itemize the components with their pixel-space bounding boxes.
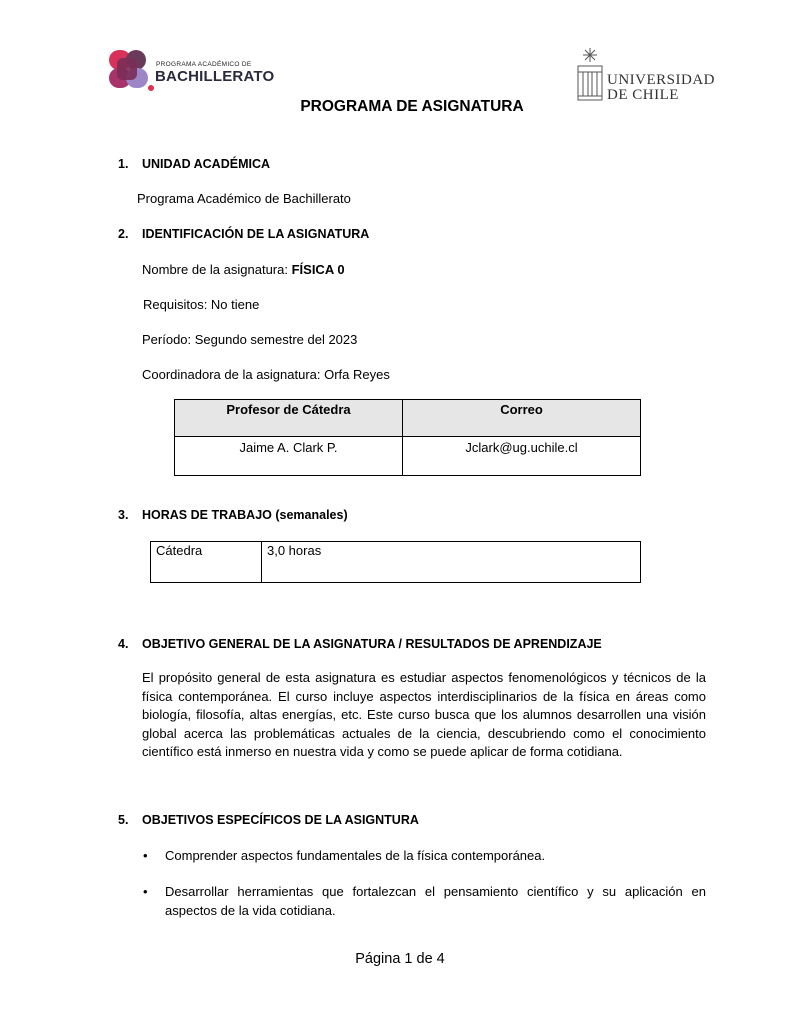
- unidad-academica-text: Programa Académico de Bachillerato: [137, 191, 351, 206]
- table-row: Cátedra 3,0 horas: [151, 542, 641, 583]
- requisitos: Requisitos: No tiene: [143, 297, 259, 312]
- section-title: OBJETIVO GENERAL DE LA ASIGNATURA / RESU…: [142, 637, 602, 651]
- bullet-icon: •: [143, 883, 148, 902]
- objetivo-general-text: El propósito general de esta asignatura …: [142, 669, 706, 762]
- list-item-text: Desarrollar herramientas que fortalezcan…: [165, 884, 706, 918]
- list-item-text: Comprender aspectos fundamentales de la …: [165, 848, 545, 863]
- section-3-heading: 3.HORAS DE TRABAJO (semanales): [118, 508, 348, 522]
- section-number: 4.: [118, 637, 142, 651]
- section-number: 5.: [118, 813, 142, 827]
- list-item: • Comprender aspectos fundamentales de l…: [165, 848, 706, 863]
- section-number: 2.: [118, 227, 142, 241]
- bullet-icon: •: [143, 848, 148, 863]
- horas-table: Cátedra 3,0 horas: [150, 541, 641, 583]
- section-title: UNIDAD ACADÉMICA: [142, 157, 270, 171]
- uchile-line1: UNIVERSIDAD: [607, 73, 715, 88]
- section-4-heading: 4.OBJETIVO GENERAL DE LA ASIGNATURA / RE…: [118, 637, 602, 651]
- list-item: • Desarrollar herramientas que fortalezc…: [165, 883, 706, 920]
- bachillerato-logo-icon: [108, 48, 154, 92]
- table-row: Jaime A. Clark P. Jclark@ug.uchile.cl: [175, 437, 641, 476]
- universidad-de-chile-logo: UNIVERSIDAD DE CHILE: [575, 46, 715, 106]
- section-1-heading: 1.UNIDAD ACADÉMICA: [118, 157, 270, 171]
- table-header: Correo: [403, 400, 641, 437]
- table-header: Profesor de Cátedra: [175, 400, 403, 437]
- table-cell: Jaime A. Clark P.: [175, 437, 403, 476]
- section-5-heading: 5.OBJETIVOS ESPECÍFICOS DE LA ASIGNTURA: [118, 813, 419, 827]
- periodo: Período: Segundo semestre del 2023: [142, 332, 357, 347]
- nombre-value: FÍSICA 0: [292, 262, 345, 277]
- nombre-label: Nombre de la asignatura:: [142, 262, 292, 277]
- section-title: HORAS DE TRABAJO (semanales): [142, 508, 348, 522]
- page-title: PROGRAMA DE ASIGNATURA: [0, 98, 800, 116]
- table-header-row: Profesor de Cátedra Correo: [175, 400, 641, 437]
- section-number: 3.: [118, 508, 142, 522]
- table-cell: 3,0 horas: [262, 542, 641, 583]
- coordinadora: Coordinadora de la asignatura: Orfa Reye…: [142, 367, 390, 382]
- section-number: 1.: [118, 157, 142, 171]
- section-title: IDENTIFICACIÓN DE LA ASIGNATURA: [142, 227, 369, 241]
- table-cell: Cátedra: [151, 542, 262, 583]
- section-2-heading: 2.IDENTIFICACIÓN DE LA ASIGNATURA: [118, 227, 369, 241]
- uchile-emblem-icon: [575, 46, 605, 104]
- page-number: Página 1 de 4: [0, 951, 800, 967]
- bachillerato-logo: PROGRAMA ACADÉMICO DE BACHILLERATO: [108, 48, 278, 92]
- table-cell: Jclark@ug.uchile.cl: [403, 437, 641, 476]
- section-title: OBJETIVOS ESPECÍFICOS DE LA ASIGNTURA: [142, 813, 419, 827]
- nombre-asignatura: Nombre de la asignatura: FÍSICA 0: [142, 262, 345, 277]
- profesor-table: Profesor de Cátedra Correo Jaime A. Clar…: [174, 399, 641, 476]
